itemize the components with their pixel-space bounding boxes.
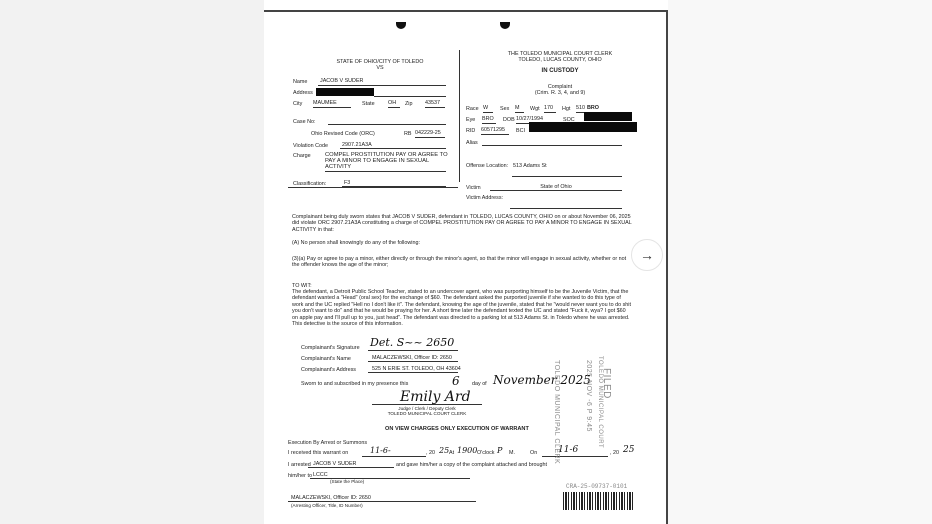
at-label: At	[449, 450, 454, 457]
court-stamp: TOLEDO MUNICIPAL COURT	[597, 356, 603, 448]
arrow-right-icon: →	[640, 247, 654, 263]
rb-value: 042229-25	[415, 130, 445, 138]
redaction-address	[316, 88, 374, 96]
rid-value: 60571295	[481, 127, 509, 135]
m-label: M.	[509, 450, 515, 457]
hair-value: BRO	[587, 105, 599, 112]
clerk-stamp: TOLEDO MUNICIPAL CLERK	[553, 360, 560, 464]
victim-address-label: Victim Address:	[466, 195, 503, 202]
complaint-rules: (Crim. R. 3, 4, and 9)	[470, 90, 650, 97]
day-of-label: day of	[472, 381, 487, 388]
rid-label: RID	[466, 128, 475, 135]
wgt-value: 170	[544, 105, 556, 113]
address-underline	[374, 96, 446, 97]
name-value: JACOB V SUDER	[320, 78, 363, 85]
signature-underline	[368, 350, 458, 351]
state-label: State	[362, 101, 375, 108]
viewer-background-left	[0, 0, 264, 524]
sex-value: M	[515, 105, 524, 113]
page-edge-top	[264, 10, 668, 12]
received-date-line	[362, 456, 426, 457]
received-year: 25	[439, 446, 449, 455]
custody-status: IN CUSTODY	[470, 68, 650, 75]
state-value: OH	[388, 100, 400, 108]
to-label: him/her to	[288, 473, 312, 480]
on-year-prefix: , 20	[610, 450, 619, 457]
case-label: Case No:	[293, 119, 315, 126]
statute-section-3a: (3)(a) Pay or agree to pay a minor, eith…	[292, 256, 632, 269]
box-divider	[459, 50, 460, 182]
ampm-value: P	[497, 446, 502, 455]
judge-signature: Emily Ard	[400, 389, 471, 405]
dob-label: DOB	[503, 117, 515, 124]
charge-label: Charge	[293, 153, 311, 160]
bci-label: BCI	[516, 128, 525, 135]
zip-label: Zip	[405, 101, 413, 108]
name-line	[368, 361, 458, 362]
charge-underline	[325, 171, 446, 172]
city-value: MAUMEE	[313, 100, 351, 108]
alias-label: Alias	[466, 140, 478, 147]
on-date: 11-6	[558, 445, 578, 455]
complaint-statement: Complainant being duly sworn states that…	[292, 214, 632, 233]
sworn-month: November 2025	[493, 373, 591, 387]
address-label: Address	[293, 90, 313, 97]
violation-label: Violation Code	[293, 143, 328, 150]
page-edge-right	[666, 10, 668, 524]
wgt-label: Wgt	[530, 106, 540, 113]
violation-underline	[340, 148, 446, 149]
redaction-soc	[584, 112, 632, 121]
victim-label: Victim	[466, 185, 481, 192]
alias-underline	[482, 145, 622, 146]
address-line	[368, 372, 458, 373]
redaction-bci	[529, 122, 637, 132]
name-underline	[318, 85, 446, 86]
execution-by-label: Execution By Arrest or Summons	[288, 440, 367, 447]
victim-address-underline	[510, 208, 622, 209]
case-underline	[328, 124, 446, 125]
offense-value: 513 Adams St	[513, 163, 547, 170]
barcode-text: CRA-25-09737-0101	[566, 484, 627, 491]
complainant-address-label: Complainant's Address	[301, 367, 356, 374]
hgt-label: Hgt	[562, 106, 570, 113]
sworn-day: 6	[452, 374, 460, 388]
next-page-button[interactable]: →	[631, 239, 663, 271]
zip-value: 43537	[425, 100, 445, 108]
on-date-line	[542, 456, 608, 457]
sex-label: Sex	[500, 106, 509, 113]
sworn-label: Sworn to and subscribed in my presence t…	[301, 381, 408, 388]
complainant-signature-label: Complainant's Signature	[301, 345, 360, 352]
place-label: (State the Place)	[330, 479, 364, 486]
complainant-name-label: Complainant's Name	[301, 356, 351, 363]
oclock-label: O'clock	[477, 450, 495, 457]
city-label: City	[293, 101, 302, 108]
race-label: Race	[466, 106, 479, 113]
race-value: W	[483, 105, 493, 113]
received-label: I received this warrant on	[288, 450, 348, 457]
arresting-officer-label: (Arresting Officer, Title, ID Number)	[291, 503, 363, 510]
classification-label: Classification:	[293, 181, 326, 188]
statute-section-a: (A) No person shall knowingly do any of …	[292, 240, 632, 246]
officer-line	[288, 501, 476, 502]
offense-label: Offense Location:	[466, 163, 508, 170]
to-wit-narrative: The defendant, a Detroit Public School T…	[292, 289, 632, 327]
eye-value: BRO	[482, 116, 496, 124]
offense-underline	[512, 176, 622, 177]
time-value: 1900	[457, 446, 477, 455]
victim-underline	[490, 190, 622, 191]
filed-datetime-stamp: 2025 NOV -6 P 9:45	[585, 360, 592, 432]
on-label: On	[530, 450, 537, 457]
left-header-line2: VS	[300, 65, 460, 72]
on-year: 25	[623, 445, 634, 455]
arrested-line	[308, 467, 394, 468]
judge-line	[372, 404, 482, 405]
barcode-icon	[563, 492, 633, 510]
orc-label: Ohio Revised Code (ORC)	[311, 131, 375, 138]
right-header-line2: TOLEDO, LUCAS COUNTY, OHIO	[470, 57, 650, 64]
rb-label: RB	[404, 131, 412, 138]
name-label: Name	[293, 79, 307, 86]
received-date: 11-6-	[370, 446, 391, 455]
court-label: TOLEDO MUNICIPAL COURT CLERK	[372, 411, 482, 418]
complainant-signature: Det. S~~ 2650	[370, 336, 454, 349]
charge-line3: ACTIVITY	[325, 164, 351, 171]
classification-underline	[342, 186, 446, 187]
eye-label: Eye	[466, 117, 475, 124]
year-prefix: , 20	[426, 450, 435, 457]
gave-copy-label: and gave him/her a copy of the complaint…	[396, 462, 547, 469]
execution-title: ON VIEW CHARGES ONLY EXECUTION OF WARRAN…	[385, 426, 529, 433]
viewer-background-right	[668, 0, 932, 524]
